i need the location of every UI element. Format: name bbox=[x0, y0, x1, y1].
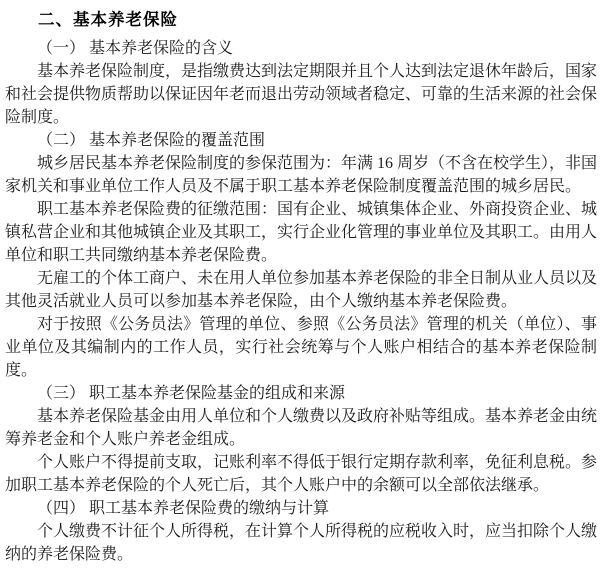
body-paragraph: 个人缴费不计征个人所得税，在计算个人所得税的应税收入时，应当扣除个人缴纳的养老保… bbox=[5, 520, 597, 566]
sub-section-heading: （一） 基本养老保险的含义 bbox=[5, 37, 597, 60]
body-paragraph: 无雇工的个体工商户、未在用人单位参加基本养老保险的非全日制从业人员以及其他灵活就… bbox=[5, 267, 597, 313]
document-body: （一） 基本养老保险的含义基本养老保险制度，是指缴费达到法定期限并且个人达到法定… bbox=[5, 37, 597, 566]
body-paragraph: 对于按照《公务员法》管理的单位、参照《公务员法》管理的机关（单位）、事业单位及其… bbox=[5, 313, 597, 382]
sub-section-heading: （四） 职工基本养老保险费的缴纳与计算 bbox=[5, 497, 597, 520]
body-paragraph: 基本养老保险基金由用人单位和个人缴费以及政府补贴等组成。基本养老金由统筹养老金和… bbox=[5, 405, 597, 451]
body-paragraph: 个人账户不得提前支取，记账利率不得低于银行定期存款利率，免征利息税。参加职工基本… bbox=[5, 451, 597, 497]
section-title: 二、基本养老保险 bbox=[5, 8, 597, 31]
sub-section-heading: （三） 职工基本养老保险基金的组成和来源 bbox=[5, 382, 597, 405]
body-paragraph: 职工基本养老保险费的征缴范围：国有企业、城镇集体企业、外商投资企业、城镇私营企业… bbox=[5, 198, 597, 267]
sub-section-heading: （二） 基本养老保险的覆盖范围 bbox=[5, 129, 597, 152]
body-paragraph: 城乡居民基本养老保险制度的参保范围为：年满 16 周岁（不含在校学生），非国家机… bbox=[5, 152, 597, 198]
document-page: 二、基本养老保险 （一） 基本养老保险的含义基本养老保险制度，是指缴费达到法定期… bbox=[0, 0, 602, 569]
body-paragraph: 基本养老保险制度，是指缴费达到法定期限并且个人达到法定退休年龄后，国家和社会提供… bbox=[5, 60, 597, 129]
